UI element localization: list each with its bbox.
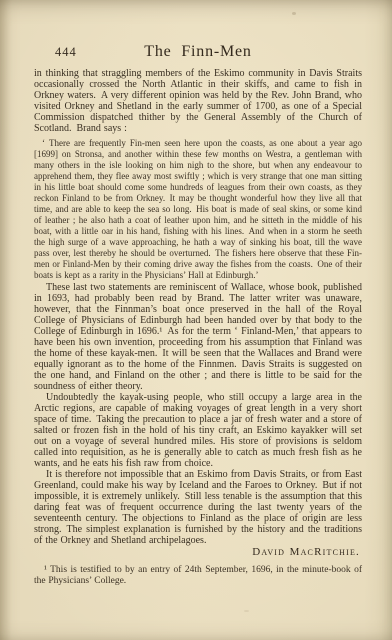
paragraph-opening: in thinking that straggling members of t…: [34, 68, 362, 134]
brand-quote-block: ‘ There are frequently Fin-men seen here…: [34, 138, 362, 281]
paragraph-kayak-voyages: Undoubtedly the kayak-using people, who …: [34, 392, 362, 469]
footnote: ¹ This is testified to by an entry of 24…: [34, 565, 362, 587]
page-number: 444: [55, 45, 77, 60]
page-content: 444 The Finn-Men in thinking that stragg…: [0, 0, 392, 587]
author-signature: David MacRitchie.: [34, 546, 362, 558]
page-title: The Finn-Men: [34, 43, 362, 61]
paragraph-conclusion: It is therefore not impossible that an E…: [34, 469, 362, 546]
book-page-scan: 444 The Finn-Men in thinking that stragg…: [0, 0, 392, 640]
paragraph-wallace: These last two statements are reminiscen…: [34, 282, 362, 392]
body-text: in thinking that straggling members of t…: [34, 68, 362, 587]
paper-speck: [244, 610, 249, 612]
page-header: 444 The Finn-Men: [34, 43, 362, 60]
